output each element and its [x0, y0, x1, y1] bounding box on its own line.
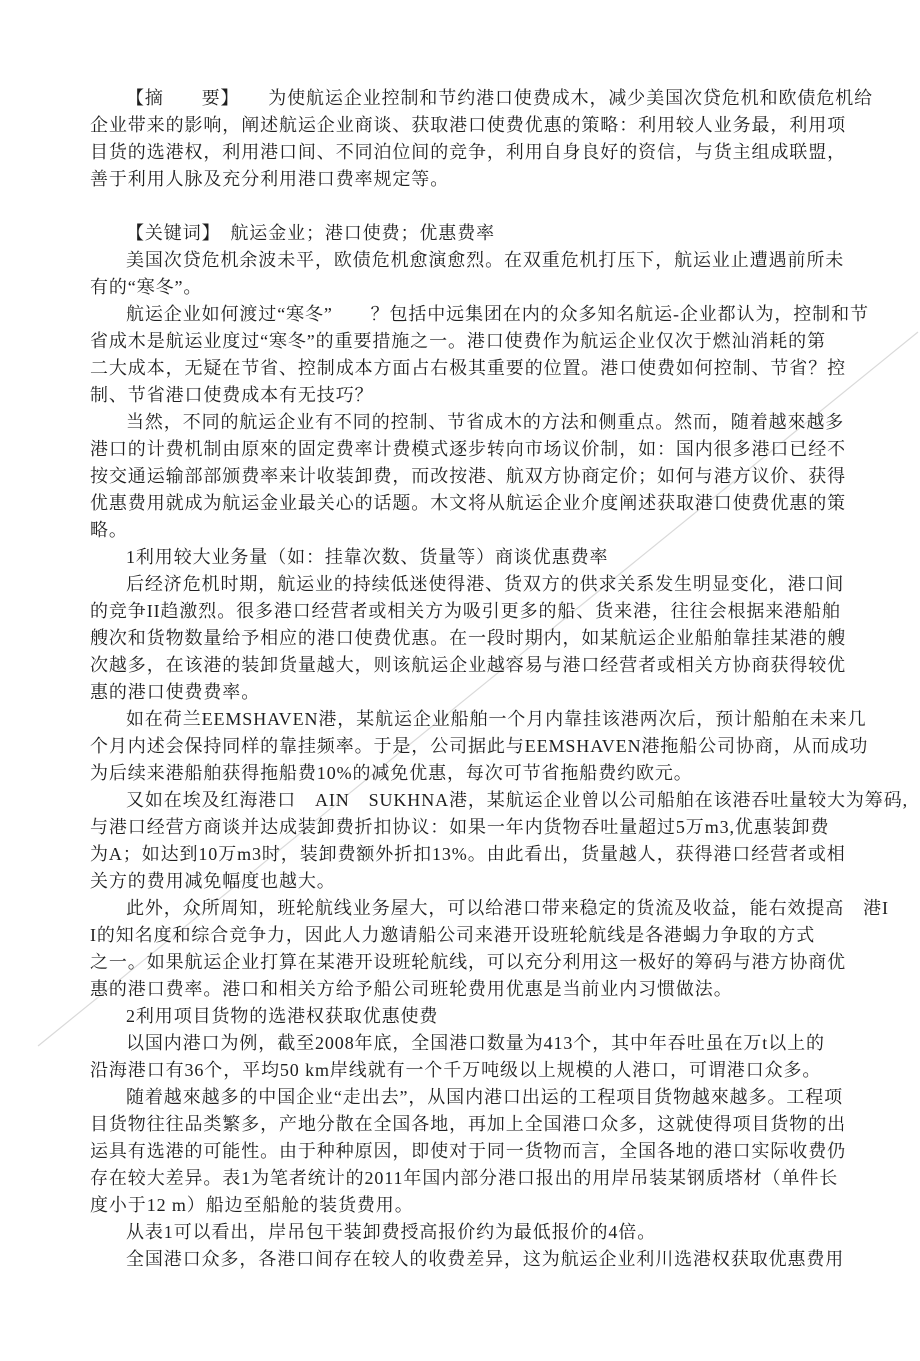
- text-line: 之一。如果航运企业打算在某港开设班轮航线，可以充分利用这一极好的筹码与港方协商优: [90, 949, 850, 976]
- text-line: 美国次贷危机余波未平，欧债危机愈演愈烈。在双重危机打压下，航运业止遭遇前所未: [90, 247, 850, 274]
- paragraph-heading-1: 1利用较大业务量（如：挂靠次数、货量等）商谈优惠费率: [90, 544, 850, 571]
- text-line: 从表1可以看出，岸吊包干装卸费授高报价约为最低报价的4倍。: [90, 1219, 850, 1246]
- text-line: 次越多，在该港的装卸货量越大，则该航运企业越容易与港口经营者或相关方协商获得较优: [90, 652, 850, 679]
- text-line: 二大成本，无疑在节省、控制成本方面占右极其重要的位置。港口使费如何控制、节省？控: [90, 355, 850, 382]
- text-line: 惠的港口费率。港口和相关方给予船公司班轮费用优惠是当前业内习惯做法。: [90, 976, 850, 1003]
- paragraph-para-conclusion: 全国港口众多，各港口间存在较人的收费差异，这为航运企业利川选港权获取优惠费用: [90, 1246, 850, 1273]
- paragraph-para-crisis: 美国次贷危机余波未平，欧债危机愈演愈烈。在双重危机打压下，航运业止遭遇前所未有的…: [90, 247, 850, 301]
- document-body: 【摘 要】 为使航运企业控制和节约港口使费成木，减少美国次贷危机和欧债危机给企业…: [90, 85, 850, 1273]
- text-line: I的知名度和综合竞争力，因此人力邀请船公司来港开设班轮航线是各港蝎力争取的方式: [90, 922, 850, 949]
- text-line: 有的“寒冬”。: [90, 274, 850, 301]
- text-line: 善于利用人脉及充分利用港口费率规定等。: [90, 166, 850, 193]
- text-line: 的竞争II趋激烈。很多港口经营者或相关方为吸引更多的船、货来港，往往会根据来港船…: [90, 598, 850, 625]
- paragraph-para-liner: 此外，众所周知，班轮航线业务屋大，可以给港口带来稳定的货流及收益，能右效提高 港…: [90, 895, 850, 1003]
- text-line: 按交通运输部部颁费率来计收装卸费，而改按港、航双方协商定价；如何与港方议价、获得: [90, 463, 850, 490]
- paragraph-para-eemshaven: 如在荷兰EEMSHAVEN港，某航运企业船舶一个月内靠挂该港两次后，预计船舶在未…: [90, 706, 850, 787]
- text-line: 以国内港口为例，截至2008年底，全国港口数量为413个，其中年吞吐虽在万t以上…: [90, 1030, 850, 1057]
- text-line: 目货物往往品类繁多，产地分散在全国各地，再加上全国港口众多，这就使得项目货物的出: [90, 1111, 850, 1138]
- text-line: 1利用较大业务量（如：挂靠次数、货量等）商谈优惠费率: [90, 544, 850, 571]
- text-line: 沿海港口有36个，平均50 km岸线就有一个千万吨级以上规模的人港口，可谓港口众…: [90, 1057, 850, 1084]
- paragraph-para-pricing: 当然，不同的航运企业有不同的控制、节省成木的方法和侧重点。然而，随着越來越多港口…: [90, 409, 850, 544]
- text-line: 航运企业如何渡过“寒冬” ？包括中远集团在内的众多知名航运-企业都认为，控制和节: [90, 301, 850, 328]
- text-line: 与港口经营方商谈并达成装卸费折扣协议：如果一年内货物吞吐量超过5万m3,优惠装卸…: [90, 814, 850, 841]
- paragraph-keywords: 【关键词】 航运金业；港口使费；优惠费率: [90, 220, 850, 247]
- paragraph-para-project-cargo: 随着越來越多的中国企业“走出去”，从国内港口出运的工程项目货物越來越多。工程项目…: [90, 1084, 850, 1219]
- text-line: 个月内述会保持同样的靠挂频率。于是，公司据此与EEMSHAVEN港拖船公司协商，…: [90, 733, 850, 760]
- text-line: 全国港口众多，各港口间存在较人的收费差异，这为航运企业利川选港权获取优惠费用: [90, 1246, 850, 1273]
- paragraph-para-table-note: 从表1可以看出，岸吊包干装卸费授高报价约为最低报价的4倍。: [90, 1219, 850, 1246]
- text-line: 又如在埃及红海港口 AIN SUKHNA港，某航运企业曾以公司船舶在该港吞吐量较…: [90, 787, 850, 814]
- text-line: 【摘 要】 为使航运企业控制和节约港口使费成木，减少美国次贷危机和欧债危机给: [90, 85, 850, 112]
- text-line: 艘次和货物数量给予相应的港口使费优惠。在一段时期内，如某航运企业船舶靠挂某港的艘: [90, 625, 850, 652]
- text-line: 随着越來越多的中国企业“走出去”，从国内港口出运的工程项目货物越來越多。工程项: [90, 1084, 850, 1111]
- paragraph-para-domestic-ports: 以国内港口为例，截至2008年底，全国港口数量为413个，其中年吞吐虽在万t以上…: [90, 1030, 850, 1084]
- text-line: 目货的选港权，利用港口间、不同泊位间的竞争，利用自身良好的资信，与货主组成联盟，: [90, 139, 850, 166]
- text-line: 2利用项目货物的选港权获取优惠使费: [90, 1003, 850, 1030]
- paragraph-heading-2: 2利用项目货物的选港权获取优惠使费: [90, 1003, 850, 1030]
- paragraph-para-sukhna: 又如在埃及红海港口 AIN SUKHNA港，某航运企业曾以公司船舶在该港吞吐量较…: [90, 787, 850, 895]
- text-line: 企业带来的影响，阐述航运企业商谈、获取港口使费优惠的策略：利用较人业务最，利用项: [90, 112, 850, 139]
- text-line: 如在荷兰EEMSHAVEN港，某航运企业船舶一个月内靠挂该港两次后，预计船舶在未…: [90, 706, 850, 733]
- text-line: 【关键词】 航运金业；港口使费；优惠费率: [90, 220, 850, 247]
- paragraph-abstract: 【摘 要】 为使航运企业控制和节约港口使费成木，减少美国次贷危机和欧债危机给企业…: [90, 85, 850, 193]
- text-line: 惠的港口使费费率。: [90, 679, 850, 706]
- text-line: 为A；如达到10万m3时，装卸费额外折扣13%。由此看出，货量越人，获得港口经营…: [90, 841, 850, 868]
- paragraph-para-winter: 航运企业如何渡过“寒冬” ？包括中远集团在内的众多知名航运-企业都认为，控制和节…: [90, 301, 850, 409]
- text-line: 运具有选港的可能性。由于种种原因，即使对于同一货物而言，全国各地的港口实际收费仍: [90, 1138, 850, 1165]
- text-line: 存在较大差异。表1为笔者统计的2011年国内部分港口报出的用岸吊装某钢质塔材（单…: [90, 1165, 850, 1192]
- text-line: 港口的计费机制由原來的固定费率计费模式逐步转向市场议价制，如：国内很多港口已经不: [90, 436, 850, 463]
- text-line: 略。: [90, 517, 850, 544]
- text-line: 省成木是航运业度过“寒冬”的重要措施之一。港口使费作为航运企业仅次于燃汕消耗的第: [90, 328, 850, 355]
- text-line: 为后续来港船舶获得拖船费10%的减免优惠，每次可节省拖船费约欧元。: [90, 760, 850, 787]
- document-page: 【摘 要】 为使航运企业控制和节约港口使费成木，减少美国次贷危机和欧债危机给企业…: [0, 0, 920, 1361]
- text-line: 制、节省港口使费成本有无技巧？: [90, 382, 850, 409]
- text-line: 后经济危机时期，航运业的持续低迷使得港、货双方的供求关系发生明显变化，港口间: [90, 571, 850, 598]
- text-line: 当然，不同的航运企业有不同的控制、节省成木的方法和侧重点。然而，随着越來越多: [90, 409, 850, 436]
- text-line: 度小于12 m）船边至船舱的装货费用。: [90, 1192, 850, 1219]
- text-line: 优惠费用就成为航运金业最关心的话题。木文将从航运企业介度阐述获取港口使费优惠的策: [90, 490, 850, 517]
- paragraph-para-competition: 后经济危机时期，航运业的持续低迷使得港、货双方的供求关系发生明显变化，港口间的竞…: [90, 571, 850, 706]
- text-line: 此外，众所周知，班轮航线业务屋大，可以给港口带来稳定的货流及收益，能右效提高 港…: [90, 895, 850, 922]
- text-line: 关方的费用减免幅度也越大。: [90, 868, 850, 895]
